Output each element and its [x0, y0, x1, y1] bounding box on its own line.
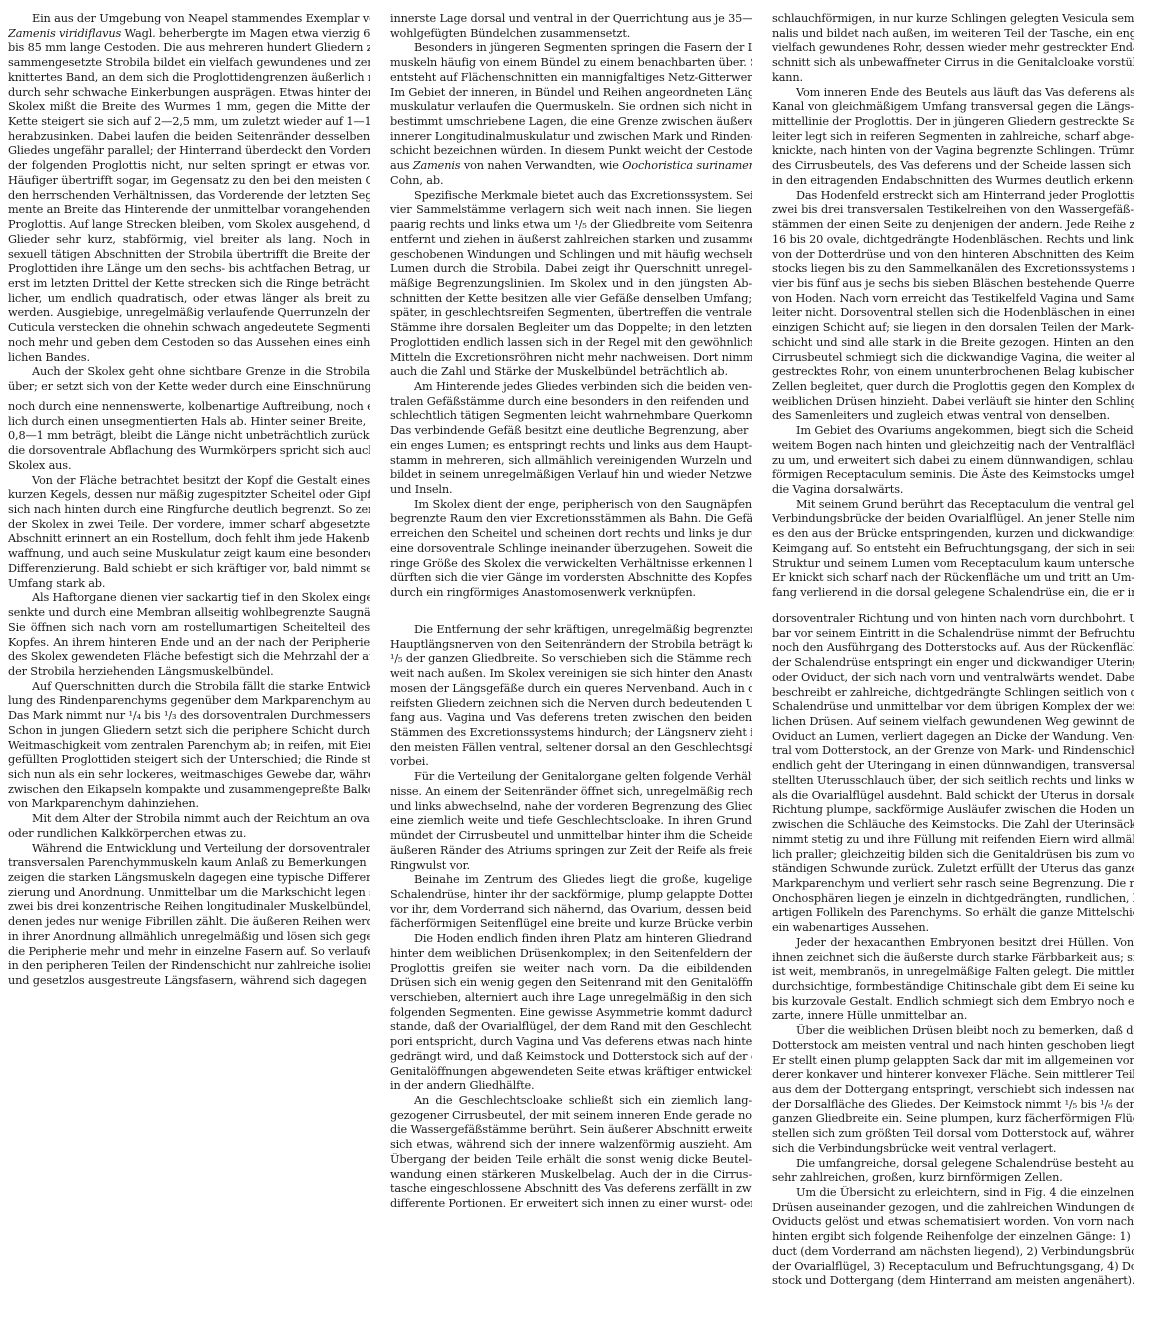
- text-line: muskeln häufig von einem Bündel zu einem…: [390, 56, 752, 71]
- text-line: des Skolex gewendeten Fläche befestigt s…: [8, 650, 370, 665]
- text-line: Schalendrüse und unmittelbar vor dem übr…: [772, 700, 1134, 715]
- text-line: noch durch eine nennenswerte, kolbenarti…: [8, 400, 370, 415]
- text-line: vier Sammelstämme verlagern sich weit na…: [390, 203, 752, 218]
- paragraph: Von der Fläche betrachtet besitzt der Ko…: [8, 474, 370, 592]
- text-line: differente Portionen. Er erweitert sich …: [390, 1197, 752, 1212]
- text-line: geschobenen Windungen und Schlingen und …: [390, 248, 752, 263]
- text-line: mosen der Längsgefäße durch ein queres N…: [390, 682, 752, 697]
- text-line: innerste Lage dorsal und ventral in der …: [390, 12, 752, 27]
- text-line: und links abwechselnd, nahe der vorderen…: [390, 800, 752, 815]
- text-line: weitem Bogen nach hinten und gleichzeiti…: [772, 439, 1134, 454]
- paragraph: Um die Übersicht zu erleichtern, sind in…: [772, 1186, 1134, 1289]
- text-line: Im Gebiet des Ovariums angekommen, biegt…: [772, 424, 1134, 439]
- text-line: bildet in seinem unregelmäßigen Verlauf …: [390, 468, 752, 483]
- text-line: und Inseln.: [390, 483, 752, 498]
- text-line: sammengesetzte Strobila bildet ein vielf…: [8, 56, 370, 71]
- paragraph: innerste Lage dorsal und ventral in der …: [390, 12, 752, 41]
- text-line: fang aus. Vagina und Vas deferens treten…: [390, 711, 752, 726]
- text-line: Jeder der hexacanthen Embryonen besitzt …: [772, 936, 1134, 951]
- text-line: Proglottiden endlich lassen sich in der …: [390, 336, 752, 351]
- text-line: Oviducts gelöst und etwas schematisiert …: [772, 1215, 1134, 1230]
- paragraph: Das Hodenfeld erstreckt sich am Hinterra…: [772, 189, 1134, 425]
- text-line: stock und Dottergang (dem Hinterrand am …: [772, 1274, 1134, 1289]
- text-line: die dorsoventrale Abflachung des Wurmkör…: [8, 444, 370, 459]
- paragraph: Auch der Skolex geht ohne sichtbare Gren…: [8, 365, 370, 394]
- text-line: fang verlierend in die dorsal gelegene S…: [772, 586, 1134, 601]
- text-line: Besonders in jüngeren Segmenten springen…: [390, 41, 752, 56]
- paragraph: Während die Entwicklung und Verteilung d…: [8, 842, 370, 989]
- text-line: in den peripheren Teilen der Rindenschic…: [8, 959, 370, 974]
- paragraph: Mit seinem Grund berührt das Receptaculu…: [772, 498, 1134, 601]
- text-line: oder rundlichen Kalkkörperchen etwas zu.: [8, 827, 370, 842]
- text-line: Am Hinterende jedes Gliedes verbinden si…: [390, 380, 752, 395]
- text-line: herabzusinken. Dabei laufen die beiden S…: [8, 130, 370, 145]
- text-line: bestimmt umschriebene Lagen, die eine Gr…: [390, 115, 752, 130]
- text-line: noch den Ausführgang des Dotterstocks au…: [772, 641, 1134, 656]
- text-line: zierung und Anordnung. Unmittelbar um di…: [8, 886, 370, 901]
- text-line: Gliedes ungefähr parallel; der Hinterran…: [8, 144, 370, 159]
- text-line: Sie öffnen sich nach vorn am rostellumar…: [8, 621, 370, 636]
- text-line: ringe Größe des Skolex die verwickelten …: [390, 557, 752, 572]
- text-line: kurzen Kegels, dessen nur mäßig zugespit…: [8, 488, 370, 503]
- text-line: und gesetzlos ausgestreute Längsfasern, …: [8, 974, 370, 989]
- text-line: Verbindungsbrücke der beiden Ovarialflüg…: [772, 512, 1134, 527]
- text-line: derer konkaver und hinterer konvexer Flä…: [772, 1068, 1134, 1083]
- text-line: paarig rechts und links etwa um ¹/₅ der …: [390, 218, 752, 233]
- text-line: Als Haftorgane dienen vier sackartig tie…: [8, 591, 370, 606]
- text-line: wandung einen stärkeren Muskelbelag. Auc…: [390, 1168, 752, 1183]
- paragraph: Spezifische Merkmale bietet auch das Exc…: [390, 189, 752, 380]
- text-line: weiblichen Drüsen hinzieht. Dabei verläu…: [772, 395, 1134, 410]
- text-line: artigen Follikeln des Parenchyms. So erh…: [772, 906, 1134, 921]
- text-line: innerer Longitudinalmuskulatur und zwisc…: [390, 130, 752, 145]
- paragraph: Vom inneren Ende des Beutels aus läuft d…: [772, 86, 1134, 189]
- text-line: eine dorsoventrale Schlinge ineinander ü…: [390, 542, 752, 557]
- text-line: tralen Gefäßstämme durch eine besonders …: [390, 395, 752, 410]
- text-line: Mit seinem Grund berührt das Receptaculu…: [772, 498, 1134, 513]
- text-line: der folgenden Proglottis nicht, nur selt…: [8, 159, 370, 174]
- text-line: Über die weiblichen Drüsen bleibt noch z…: [772, 1024, 1134, 1039]
- text-line: Struktur und seinem Lumen vom Receptacul…: [772, 557, 1134, 572]
- text-line: zwei bis drei konzentrische Reihen longi…: [8, 900, 370, 915]
- text-line: Cuticula verstecken die ohnehin schwach …: [8, 321, 370, 336]
- text-line: Kanal von gleichmäßigem Umfang transvers…: [772, 100, 1134, 115]
- text-line: Häufiger übertrifft sogar, im Gegensatz …: [8, 174, 370, 189]
- text-line: Proglottis greifen sie weiter nach vorn.…: [390, 962, 752, 977]
- text-line: zeigen die starken Längsmuskeln dagegen …: [8, 871, 370, 886]
- text-line: Genitalöffnungen abgewendeten Seite etwa…: [390, 1065, 752, 1080]
- text-line: ist weit, membranös, in unregelmäßige Fa…: [772, 965, 1134, 980]
- text-line: hinten ergibt sich folgende Reihenfolge …: [772, 1230, 1134, 1245]
- text-line: nalis und bildet nach außen, im weiteren…: [772, 27, 1134, 42]
- text-line: bis kurzovale Gestalt. Endlich schmiegt …: [772, 995, 1134, 1010]
- text-line: von der Dotterdrüse und von den hinteren…: [772, 248, 1134, 263]
- text-line: Schalendrüse, hinter ihr der sackförmige…: [390, 888, 752, 903]
- text-line: zwischen die Schläuche des Keimstocks. D…: [772, 818, 1134, 833]
- text-line: werden. Ausgiebige, unregelmäßig verlauf…: [8, 306, 370, 321]
- text-line: stämmen der einen Seite zu denjenigen de…: [772, 218, 1134, 233]
- text-line: knittertes Band, an dem sich die Proglot…: [8, 71, 370, 86]
- text-line: muskulatur verlaufen die Quermuskeln. Si…: [390, 100, 752, 115]
- text-block: schlauchförmigen, in nur kurze Schlingen…: [772, 12, 1134, 601]
- text-line: tasche eingeschlossene Abschnitt des Vas…: [390, 1182, 752, 1197]
- text-line: von Markparenchym dahinziehen.: [8, 797, 370, 812]
- text-line: schlauchförmigen, in nur kurze Schlingen…: [772, 12, 1134, 27]
- text-line: sehr zahlreichen, großen, kurz birnförmi…: [772, 1171, 1134, 1186]
- text-line: zwei bis drei transversalen Testikelreih…: [772, 203, 1134, 218]
- text-line: Übergang der beiden Teile erhält die son…: [390, 1153, 752, 1168]
- text-line: Cohn, ab.: [390, 174, 752, 189]
- text-line: Er stellt einen plump gelappten Sack dar…: [772, 1054, 1134, 1069]
- text-line: Auf Querschnitten durch die Strobila fäl…: [8, 680, 370, 695]
- text-line: Das verbindende Gefäß besitzt eine deutl…: [390, 424, 752, 439]
- text-line: Das Hodenfeld erstreckt sich am Hinterra…: [772, 189, 1134, 204]
- text-line: 0,8—1 mm beträgt, bleibt die Länge nicht…: [8, 429, 370, 444]
- text-line: der Dorsalfläche des Gliedes. Der Keimst…: [772, 1098, 1134, 1113]
- text-block: innerste Lage dorsal und ventral in der …: [390, 12, 752, 601]
- text-line: stocks liegen bis zu den Sammelkanälen d…: [772, 262, 1134, 277]
- text-line: knickte, nach hinten von der Vagina begr…: [772, 144, 1134, 159]
- text-line: Umfang stark ab.: [8, 577, 370, 592]
- text-line: durch ein ringförmiges Anastomosenwerk v…: [390, 586, 752, 601]
- text-line: schicht bezeichnen würden. In diesem Pun…: [390, 144, 752, 159]
- text-line: vorbei.: [390, 755, 752, 770]
- paragraph: Jeder der hexacanthen Embryonen besitzt …: [772, 936, 1134, 1024]
- text-line: erreichen den Scheitel und scheinen dort…: [390, 527, 752, 542]
- text-line: zarte, innere Hülle unmittelbar an.: [772, 1009, 1134, 1024]
- text-line: stellen sich zum größten Teil dorsal vom…: [772, 1127, 1134, 1142]
- text-line: leiter legt sich in reiferen Segmenten i…: [772, 130, 1134, 145]
- paragraph: Besonders in jüngeren Segmenten springen…: [390, 41, 752, 188]
- text-line: dürften sich die vier Gänge im vorderste…: [390, 571, 752, 586]
- text-line: transversalen Parenchymmuskeln kaum Anla…: [8, 856, 370, 871]
- text-line: lich durch einen unsegmentierten Hals ab…: [8, 415, 370, 430]
- paragraph: Die Hoden endlich finden ihren Platz am …: [390, 932, 752, 1094]
- text-line: 16 bis 20 ovale, dichtgedrängte Hodenblä…: [772, 233, 1134, 248]
- text-line: Für die Verteilung der Genitalorgane gel…: [390, 770, 752, 785]
- text-line: pori entspricht, durch Vagina und Vas de…: [390, 1035, 752, 1050]
- text-line: vielfach gewundenes Rohr, dessen wieder …: [772, 41, 1134, 56]
- text-line: Ringwulst vor.: [390, 859, 752, 874]
- text-line: gezogener Cirrusbeutel, der mit seinem i…: [390, 1109, 752, 1124]
- text-block: dorsoventraler Richtung und von hinten n…: [772, 612, 1134, 1289]
- text-line: mäßige Begrenzungslinien. Im Skolex und …: [390, 277, 752, 292]
- text-line: ein enges Lumen; es entspringt rechts un…: [390, 439, 752, 454]
- text-line: denen jedes nur wenige Fibrillen zählt. …: [8, 915, 370, 930]
- text-line: Die Entfernung der sehr kräftigen, unreg…: [390, 623, 752, 638]
- paragraph: dorsoventraler Richtung und von hinten n…: [772, 612, 1134, 936]
- text-line: nisse. An einem der Seitenränder öffnet …: [390, 785, 752, 800]
- text-line: schnitten der Kette besitzen alle vier G…: [390, 292, 752, 307]
- text-line: sich etwas, während sich der innere walz…: [390, 1138, 752, 1153]
- text-line: Stämmen des Excretionssystems hindurch; …: [390, 726, 752, 741]
- text-line: der Strobila herziehenden Längsmuskelbün…: [8, 665, 370, 680]
- text-line: einzigen Schicht auf; sie liegen in den …: [772, 321, 1134, 336]
- text-line: Von der Fläche betrachtet besitzt der Ko…: [8, 474, 370, 489]
- text-line: entsteht auf Flächenschnitten ein mannig…: [390, 71, 752, 86]
- text-line: Kette steigert sie sich auf 2—2,5 mm, um…: [8, 115, 370, 130]
- text-line: Spezifische Merkmale bietet auch das Exc…: [390, 189, 752, 204]
- text-line: Hauptlängsnerven von den Seitenrändern d…: [390, 638, 752, 653]
- text-line: ein wabenartiges Aussehen.: [772, 921, 1134, 936]
- text-line: eine ziemlich weite und tiefe Geschlecht…: [390, 814, 752, 829]
- text-line: entfernt und ziehen in äußerst zahlreich…: [390, 233, 752, 248]
- text-line: Skolex mißt die Breite des Wurmes 1 mm, …: [8, 100, 370, 115]
- text-line: Im Skolex dient der enge, peripherisch v…: [390, 498, 752, 513]
- paragraph: Über die weiblichen Drüsen bleibt noch z…: [772, 1024, 1134, 1156]
- text-line: Oviduct an Lumen, verliert dagegen an Di…: [772, 730, 1134, 745]
- text-line: Kopfes. An ihrem hinteren Ende und an de…: [8, 636, 370, 651]
- text-block: noch durch eine nennenswerte, kolbenarti…: [8, 400, 370, 989]
- text-line: Das Mark nimmt nur ¹/₄ bis ¹/₃ des dorso…: [8, 709, 370, 724]
- text-line: folgenden Segmenten. Eine gewisse Asymme…: [390, 1006, 752, 1021]
- text-line: Zellen begleitet, quer durch die Proglot…: [772, 380, 1134, 395]
- text-line: begrenzte Raum den vier Excretionsstämme…: [390, 512, 752, 527]
- text-line: leiter nicht. Dorsoventral stellen sich …: [772, 306, 1134, 321]
- text-line: Cirrusbeutel schmiegt sich die dickwandi…: [772, 351, 1134, 366]
- text-line: An die Geschlechtscloake schließt sich e…: [390, 1094, 752, 1109]
- text-line: stamm in mehreren, sich allmählich verei…: [390, 454, 752, 469]
- paragraph: noch durch eine nennenswerte, kolbenarti…: [8, 400, 370, 474]
- text-line: Auch der Skolex geht ohne sichtbare Gren…: [8, 365, 370, 380]
- text-line: Drüsen auseinander gezogen, und die zahl…: [772, 1201, 1134, 1216]
- text-line: Proglottis. Auf lange Strecken bleiben, …: [8, 218, 370, 233]
- text-line: Differenzierung. Bald schiebt er sich kr…: [8, 562, 370, 577]
- text-line: hinter dem weiblichen Drüsenkomplex; in …: [390, 947, 752, 962]
- text-line: vier bis fünf aus je sechs bis sieben Bl…: [772, 277, 1134, 292]
- text-line: Lumen durch die Strobila. Dabei zeigt ih…: [390, 262, 752, 277]
- text-line: von Hoden. Nach vorn erreicht das Testik…: [772, 292, 1134, 307]
- paragraph: Mit dem Alter der Strobila nimmt auch de…: [8, 812, 370, 841]
- paragraph: Als Haftorgane dienen vier sackartig tie…: [8, 591, 370, 679]
- text-line: in ihrer Anordnung allmählich unregelmäß…: [8, 930, 370, 945]
- text-line: Keimgang auf. So entsteht ein Befruchtun…: [772, 542, 1134, 557]
- text-line: gedrängt wird, und daß Keimstock und Dot…: [390, 1050, 752, 1065]
- text-line: waffnung, und auch seine Muskulatur zeig…: [8, 547, 370, 562]
- text-line: als die Ovarialflügel ausdehnt. Bald sch…: [772, 789, 1134, 804]
- text-line: mündet der Cirrusbeutel und unmittelbar …: [390, 829, 752, 844]
- text-line: weit nach außen. Im Skolex vereinigen si…: [390, 667, 752, 682]
- text-line: Zamenis viridiflavus Wagl. beherbergte i…: [8, 27, 370, 42]
- text-line: verschieben, alterniert auch ihre Lage u…: [390, 991, 752, 1006]
- text-line: lung des Rindenparenchyms gegenüber dem …: [8, 694, 370, 709]
- text-line: schlechtlich tätigen Segmenten leicht wa…: [390, 409, 752, 424]
- text-line: Die Hoden endlich finden ihren Platz am …: [390, 932, 752, 947]
- text-line: förmigen Receptaculum seminis. Die Äste …: [772, 468, 1134, 483]
- text-line: es den aus der Brücke entspringenden, ku…: [772, 527, 1134, 542]
- text-line: durch sehr schwache Einkerbungen auspräg…: [8, 86, 370, 101]
- text-line: zu um, und erweitert sich dabei zu einem…: [772, 454, 1134, 469]
- text-line: die Peripherie mehr und mehr in einzelne…: [8, 945, 370, 960]
- text-line: licher, um endlich quadratisch, oder etw…: [8, 292, 370, 307]
- text-line: Weitmaschigkeit vom zentralen Parenchym …: [8, 739, 370, 754]
- text-line: durchsichtige, formbeständige Chitinscha…: [772, 980, 1134, 995]
- text-line: Er knickt sich scharf nach der Rückenflä…: [772, 571, 1134, 586]
- text-line: gestrecktes Rohr, von einem ununterbroch…: [772, 365, 1134, 380]
- text-line: mente an Breite das Hinterende der unmit…: [8, 203, 370, 218]
- text-line: sexuell tätigen Abschnitten der Strobila…: [8, 248, 370, 263]
- text-line: in der andern Gliedhälfte.: [390, 1079, 752, 1094]
- text-line: die Vagina dorsalwärts.: [772, 483, 1134, 498]
- text-line: schnitt sich als unbewaffneter Cirrus in…: [772, 56, 1134, 71]
- text-line: sich nach hinten durch eine Ringfurche d…: [8, 503, 370, 518]
- text-line: der Skolex in zwei Teile. Der vordere, i…: [8, 518, 370, 533]
- text-line: reifsten Gliedern zeichnen sich die Nerv…: [390, 697, 752, 712]
- text-line: endlich geht der Uteringang in einen dün…: [772, 759, 1134, 774]
- text-line: aus dem der Dottergang entspringt, versc…: [772, 1083, 1134, 1098]
- text-line: wohlgefügten Bündelchen zusammensetzt.: [390, 27, 752, 42]
- text-line: erst im letzten Drittel der Kette streck…: [8, 277, 370, 292]
- text-line: duct (dem Vorderrand am nächsten liegend…: [772, 1245, 1134, 1260]
- text-line: der Ovarialflügel, 3) Receptaculum und B…: [772, 1260, 1134, 1275]
- text-line: äußeren Ränder des Atriums springen zur …: [390, 844, 752, 859]
- text-line: Drüsen sich ein wenig gegen den Seitenra…: [390, 976, 752, 991]
- text-line: Ein aus der Umgebung von Neapel stammend…: [8, 12, 370, 27]
- paragraph: An die Geschlechtscloake schließt sich e…: [390, 1094, 752, 1212]
- text-line: ihnen zeichnet sich die äußerste durch s…: [772, 951, 1134, 966]
- text-line: vor ihr, dem Vorderrand sich nähernd, da…: [390, 903, 752, 918]
- paragraph: Beinahe im Zentrum des Gliedes liegt die…: [390, 873, 752, 932]
- text-line: lich praller; gleichzeitig bilden sich d…: [772, 848, 1134, 863]
- text-line: sich nun als ein sehr lockeres, weitmasc…: [8, 768, 370, 783]
- text-line: auch die Zahl und Stärke der Muskelbünde…: [390, 365, 752, 380]
- text-line: Dotterstock am meisten ventral und nach …: [772, 1039, 1134, 1054]
- text-line: aus Zamenis von nahen Verwandten, wie Oo…: [390, 159, 752, 174]
- text-line: nimmt stetig zu und ihre Füllung mit rei…: [772, 833, 1134, 848]
- text-line: Abschnitt erinnert an ein Rostellum, doc…: [8, 532, 370, 547]
- text-line: in den eitragenden Endabschnitten des Wu…: [772, 174, 1134, 189]
- text-line: stande, daß der Ovarialflügel, der dem R…: [390, 1020, 752, 1035]
- text-line: Mit dem Alter der Strobila nimmt auch de…: [8, 812, 370, 827]
- text-line: später, in geschlechtsreifen Segmenten, …: [390, 306, 752, 321]
- text-line: des Samenleiters und zugleich etwas vent…: [772, 409, 1134, 424]
- text-line: sich die Verbindungsbrücke weit ventral …: [772, 1142, 1134, 1157]
- text-line: tral vom Dotterstock, an der Grenze von …: [772, 744, 1134, 759]
- text-line: der Schalendrüse entspringt ein enger un…: [772, 656, 1134, 671]
- text-line: kann.: [772, 71, 1134, 86]
- text-line: Skolex aus.: [8, 459, 370, 474]
- text-line: die Wassergefäßstämme berührt. Sein äuße…: [390, 1123, 752, 1138]
- paragraph: Die umfangreiche, dorsal gelegene Schale…: [772, 1157, 1134, 1186]
- text-line: fächerförmigen Seitenflügel eine breite …: [390, 917, 752, 932]
- text-line: Im Gebiet der inneren, in Bündel und Rei…: [390, 86, 752, 101]
- text-line: Beinahe im Zentrum des Gliedes liegt die…: [390, 873, 752, 888]
- text-line: Mitteln die Excretionsröhren nicht mehr …: [390, 351, 752, 366]
- text-line: über; er setzt sich von der Kette weder …: [8, 380, 370, 395]
- text-line: Während die Entwicklung und Verteilung d…: [8, 842, 370, 857]
- text-block: Ein aus der Umgebung von Neapel stammend…: [8, 12, 370, 395]
- text-line: lichen Bandes.: [8, 351, 370, 366]
- paragraph: Im Gebiet des Ovariums angekommen, biegt…: [772, 424, 1134, 498]
- text-line: stellten Uterusschlauch über, der sich s…: [772, 774, 1134, 789]
- paragraph: Die Entfernung der sehr kräftigen, unreg…: [390, 623, 752, 770]
- text-line: beschreibt er zahlreiche, dichtgedrängte…: [772, 686, 1134, 701]
- text-line: Glieder sehr kurz, stabförmig, viel brei…: [8, 233, 370, 248]
- text-line: schicht und sind alle stark in die Breit…: [772, 336, 1134, 351]
- paragraph: Auf Querschnitten durch die Strobila fäl…: [8, 680, 370, 812]
- text-line: Onchosphären liegen je einzeln in dichtg…: [772, 892, 1134, 907]
- text-line: Proglottiden ihre Länge um den sechs- bi…: [8, 262, 370, 277]
- paragraph: Am Hinterende jedes Gliedes verbinden si…: [390, 380, 752, 498]
- text-line: zwischen den Eikapseln kompakte und zusa…: [8, 783, 370, 798]
- text-line: Markparenchym und verliert sehr rasch se…: [772, 877, 1134, 892]
- paragraph: Im Skolex dient der enge, peripherisch v…: [390, 498, 752, 601]
- text-line: Schon in jungen Gliedern setzt sich die …: [8, 724, 370, 739]
- text-line: mittellinie der Proglottis. Der in jünge…: [772, 115, 1134, 130]
- text-line: ¹/₅ der ganzen Gliedbreite. So verschieb…: [390, 652, 752, 667]
- text-line: dorsoventraler Richtung und von hinten n…: [772, 612, 1134, 627]
- text-line: noch mehr und geben dem Cestoden so das …: [8, 336, 370, 351]
- text-line: senkte und durch eine Membran allseitig …: [8, 606, 370, 621]
- text-line: des Cirrusbeutels, des Vas deferens und …: [772, 159, 1134, 174]
- text-line: den herrschenden Verhältnissen, das Vord…: [8, 189, 370, 204]
- paragraph: schlauchförmigen, in nur kurze Schlingen…: [772, 12, 1134, 86]
- text-line: bis 85 mm lange Cestoden. Die aus mehrer…: [8, 41, 370, 56]
- paragraph: Ein aus der Umgebung von Neapel stammend…: [8, 12, 370, 365]
- text-line: lichen Drüsen. Auf seinem vielfach gewun…: [772, 715, 1134, 730]
- text-line: gefüllten Proglottiden steigert sich der…: [8, 753, 370, 768]
- text-line: bar vor seinem Eintritt in die Schalendr…: [772, 627, 1134, 642]
- text-line: ganzen Gliedbreite ein. Seine plumpen, k…: [772, 1112, 1134, 1127]
- text-line: Vom inneren Ende des Beutels aus läuft d…: [772, 86, 1134, 101]
- text-line: den meisten Fällen ventral, seltener dor…: [390, 741, 752, 756]
- text-line: oder Oviduct, der sich nach vorn und ven…: [772, 671, 1134, 686]
- text-line: Stämme ihre dorsalen Begleiter um das Do…: [390, 321, 752, 336]
- text-line: ständigen Schwunde zurück. Zuletzt erfül…: [772, 862, 1134, 877]
- text-line: Die umfangreiche, dorsal gelegene Schale…: [772, 1157, 1134, 1172]
- text-line: Richtung plumpe, sackförmige Ausläufer z…: [772, 803, 1134, 818]
- text-line: Um die Übersicht zu erleichtern, sind in…: [772, 1186, 1134, 1201]
- text-block: Die Entfernung der sehr kräftigen, unreg…: [390, 623, 752, 1212]
- paragraph: Für die Verteilung der Genitalorgane gel…: [390, 770, 752, 873]
